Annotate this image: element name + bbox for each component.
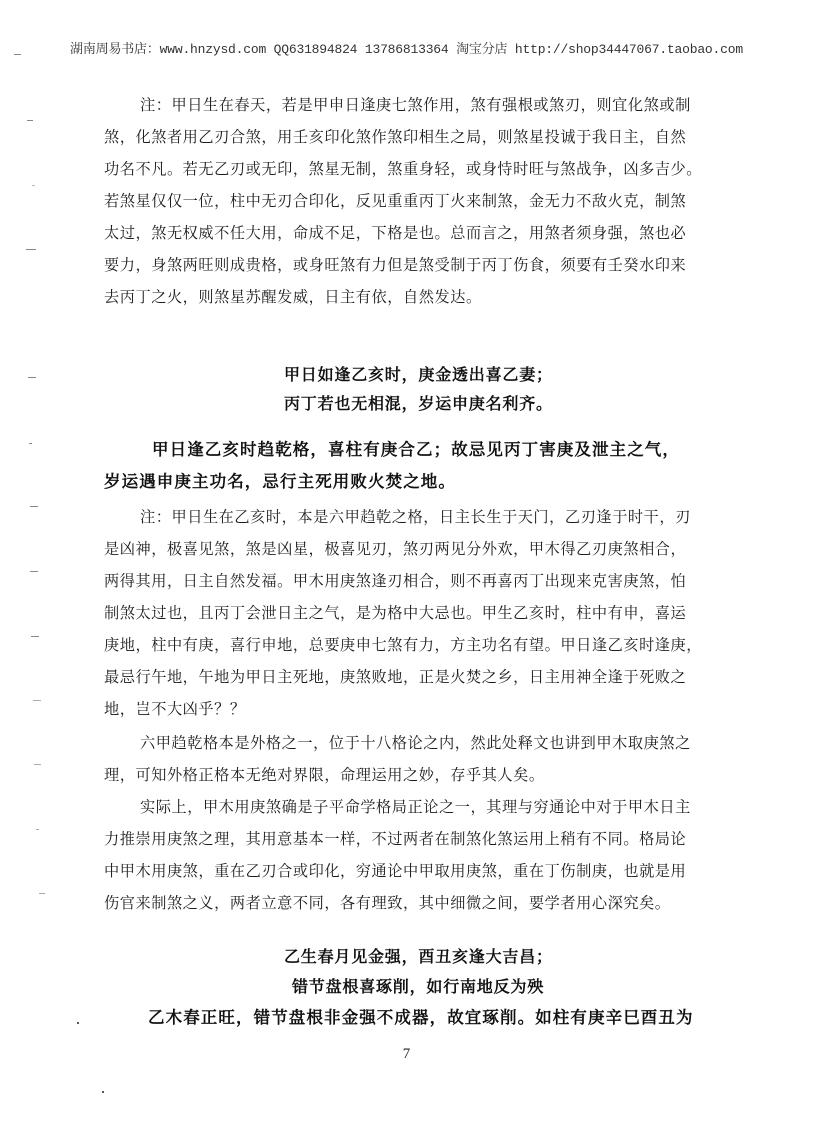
text-line: 去丙丁之火，则煞星苏醒发威，日主有依，自然发达。 — [104, 286, 482, 307]
text-line: 甲日逢乙亥时趋乾格，喜柱有庚合乙；故忌见丙丁害庚及泄主之气， — [152, 436, 680, 460]
text-line: 理，可知外格正格本无绝对界限，命理运用之妙，存乎其人矣。 — [104, 764, 545, 785]
text-line: 地，岂不大凶乎？？ — [104, 698, 246, 719]
scan-margin-mark — [36, 829, 39, 830]
scan-margin-mark — [14, 54, 21, 55]
verse-line: 丙丁若也无相混，岁运申庚名利齐。 — [284, 391, 553, 414]
scan-margin-mark — [30, 571, 38, 572]
verse-line: 错节盘根喜琢削，如行南地反为殃 — [292, 974, 544, 997]
text-line: 乙木春正旺，错节盘根非金强不成器，故宜琢削。如柱有庚辛巳酉丑为 — [148, 1004, 694, 1028]
page-header-store-info: 湖南周易书店：www.hnzysd.com QQ631894824 137868… — [0, 38, 813, 57]
text-line: 伤官来制煞之义，两者立意不同，各有理致，其中细微之间，要学者用心深究矣。 — [104, 892, 671, 913]
text-line: 实际上，甲木用庚煞确是子平命学格局正论之一，其理与穷通论中对于甲木日主 — [140, 796, 691, 817]
scan-margin-mark — [32, 185, 35, 186]
text-line: 最忌行午地，午地为甲日主死地，庚煞败地，正是火焚之乡，日主用神全逢于死败之 — [104, 666, 686, 687]
text-line: 注：甲日生在春天，若是甲申日逢庚七煞作用，煞有强根或煞刃，则宜化煞或制 — [140, 94, 691, 115]
text-line: 制煞太过也，且丙丁会泄日主之气，是为格中大忌也。甲生乙亥时，柱中有申，喜运 — [104, 602, 686, 623]
text-line: 若煞星仅仅一位，柱中无刃合印化，反见重重丙丁火来制煞，金无力不敌火克，制煞 — [104, 190, 686, 211]
page-number: 7 — [0, 1046, 813, 1063]
text-line: 是凶神，极喜见煞，煞是凶星，极喜见刃，煞刃两见分外欢，甲木得乙刃庚煞相合， — [104, 538, 686, 559]
scan-margin-mark — [26, 249, 36, 250]
text-line: 煞，化煞者用乙刃合煞，用壬亥印化煞作煞印相生之局，则煞星投诚于我日主，自然 — [104, 126, 686, 147]
verse-line: 甲日如逢乙亥时，庚金透出喜乙妻； — [284, 362, 553, 385]
text-line: 注：甲日生在乙亥时，本是六甲趋乾之格，日主长生于天门，乙刃逢于时干，刃 — [140, 506, 691, 527]
scan-margin-mark — [29, 443, 32, 444]
text-line: 要力，身煞两旺则成贵格，或身旺煞有力但是煞受制于丙丁伤食，须要有壬癸水印来 — [104, 254, 686, 275]
scan-speck — [77, 1022, 79, 1024]
text-line: 功名不凡。若无乙刃或无印，煞星无制，煞重身轻，或身恃时旺与煞战争，凶多吉少。 — [104, 158, 702, 179]
scan-margin-mark — [39, 893, 45, 894]
text-line: 六甲趋乾格本是外格之一，位于十八格论之内，然此处释文也讲到甲木取庚煞之 — [140, 732, 691, 753]
text-line: 中甲木用庚煞，重在乙刃合或印化，穷通论中甲取用庚煞，重在丁伤制庚，也就是用 — [104, 860, 686, 881]
scan-margin-mark — [33, 700, 41, 701]
scan-margin-mark — [34, 764, 41, 765]
text-line: 庚地，柱中有庚，喜行申地，总要庚申七煞有力，方主功名有望。甲日逢乙亥时逢庚， — [104, 634, 702, 655]
verse-line: 乙生春月见金强，酉丑亥逢大吉昌； — [284, 944, 553, 967]
scan-margin-mark — [31, 636, 39, 637]
scan-margin-mark — [27, 120, 33, 121]
text-line: 岁运遇申庚主功名，忌行主死用败火焚之地。 — [104, 468, 456, 492]
scan-margin-mark — [28, 377, 36, 378]
text-line: 太过，煞无权威不任大用，命成不足，下格是也。总而言之，用煞者须身强，煞也必 — [104, 222, 686, 243]
text-line: 两得其用，日主自然发福。甲木用庚煞逢刃相合，则不再喜丙丁出现来克害庚煞，怕 — [104, 570, 686, 591]
text-line: 力推崇用庚煞之理，其用意基本一样，不过两者在制煞化煞运用上稍有不同。格局论 — [104, 828, 686, 849]
scan-speck — [102, 1091, 104, 1093]
scan-margin-mark — [30, 506, 38, 507]
